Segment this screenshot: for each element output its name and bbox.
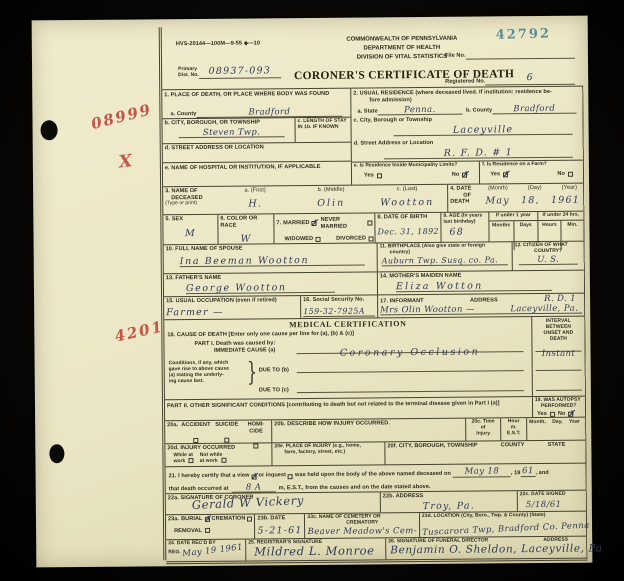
never-married-label: NEVER MARRIED <box>321 217 366 231</box>
interval-blank-b <box>536 362 582 371</box>
mdy-block: Month, Day, Year <box>526 418 585 441</box>
field-place-of-death: 1. PLACE OF DEATH, OR PLACE WHERE BODY W… <box>162 89 352 187</box>
primary-label-2: Dist. No. <box>178 73 199 79</box>
injury-county-label: COUNTY <box>501 442 525 462</box>
field-age-under24: If under 24 hrs. Hours Min. <box>538 212 583 241</box>
field-spouse: 10. FULL NAME OF SPOUSE Ina Beeman Woott… <box>164 243 378 273</box>
autopsy-no-label: No <box>558 411 566 418</box>
funeral-director-value: Benjamin O. Sheldon, Laceyville, Pa <box>390 543 602 555</box>
field-accident-suicide-homicide: 20a. ACCIDENT SUICIDE HOMI- CIDE <box>165 420 272 443</box>
registrar-value: Mildred L. Monroe <box>254 545 374 558</box>
date-received-label2: REG. <box>168 550 180 556</box>
burial-date-value: 5-21-61 <box>257 526 302 536</box>
ssn-value: 159-32-7925A <box>303 307 375 317</box>
form-code-suffix: —10 <box>248 40 260 46</box>
field-age: 9. AGE (In years last birthday) 68 <box>441 212 489 241</box>
under1-label: If under 1 year <box>489 212 537 221</box>
spouse-value: Ina Beeman Wootton <box>180 255 365 267</box>
last-name-label: c. (Last) <box>369 186 445 193</box>
row-spouse-birthplace: 10. FULL NAME OF SPOUSE Ina Beeman Woott… <box>164 242 584 275</box>
interval-value: Instant <box>542 349 575 359</box>
married-label: MARRIED <box>283 220 310 227</box>
field-name-of-deceased: 3. NAME OF DECEASED (Type or print) a. (… <box>163 185 448 214</box>
field-coroner-signature: 22a. SIGNATURE OF CORONER Gerald W Vicke… <box>166 492 381 514</box>
municipality-label: e. Is Residence Inside Municipality Limi… <box>354 163 477 170</box>
field-autopsy: 19. WAS AUTOPSY PERFORMED? Yes No✗ <box>533 397 585 417</box>
sex-label: 5. SEX <box>165 216 215 223</box>
state-label: a. State <box>357 109 377 116</box>
farm-no-label: No <box>557 171 565 178</box>
due-to-c-label: DUE TO (c) <box>259 387 289 394</box>
primary-dist-label: Primary Dist. No. <box>178 67 199 79</box>
file-no-blank <box>466 51 575 60</box>
dod-label-block: 4. DATE OF DEATH <box>450 185 484 210</box>
accident-label: ACCIDENT <box>181 422 210 429</box>
field-date-of-birth: 8. DATE OF BIRTH Dec. 31, 1892 <box>375 213 441 243</box>
municipality-yes-label: Yes <box>364 172 374 179</box>
certify-text5: , and <box>535 470 548 477</box>
check-mark: ✗ <box>312 218 318 227</box>
certify-text4: , 19 <box>511 470 521 477</box>
father-value: George Wootton <box>186 282 335 294</box>
field-injury-city: 20f. CITY, BOROUGH, TOWNSHIP COUNTY STAT… <box>385 441 585 465</box>
time-injury-label3: Injury <box>466 431 500 437</box>
not-while-label2: at work <box>200 458 218 464</box>
primary-dist-value: 08937-093 <box>199 67 281 79</box>
res-city-value: Laceyville <box>394 124 573 136</box>
first-name-label: a. (First) <box>217 187 293 194</box>
coroner-signature-value: Gerald W Vickery <box>192 495 305 511</box>
field-time-of-injury: 20c. Time of Injury Hour m. E.S.T. Month… <box>466 418 585 441</box>
informant-label: 17. INFORMANT <box>380 298 424 305</box>
month-day-year-label: Month, Day, Year <box>529 420 583 426</box>
res-street-value: R. F. D. # 1 <box>384 147 573 159</box>
widowed-label: WIDOWED <box>285 236 314 243</box>
dob-label: 8. DATE OF BIRTH <box>377 214 438 221</box>
conditions-line4: ing cause last. <box>169 378 245 385</box>
field-funeral-director: 26. SIGNATURE OF FUNERAL DIRECTOR ADDRES… <box>386 537 586 560</box>
municipality-limits: e. Is Residence Inside Municipality Limi… <box>352 162 480 186</box>
married-checkbox: ✗ <box>312 221 317 226</box>
medical-certification-heading: MEDICAL CERTIFICATION <box>164 318 531 330</box>
due-to-c-line <box>297 381 524 393</box>
field-burial-date: 23b. DATE 5-21-61 <box>255 514 305 538</box>
registered-no-line: Registered No. 6 <box>445 73 575 86</box>
cremation-checkbox <box>247 516 252 521</box>
name-label3: (Type or print) <box>165 201 217 207</box>
form-grid: 1. PLACE OF DEATH, OR PLACE WHERE BODY W… <box>162 86 587 565</box>
row-burial: 23a. BURIAL ✗ CREMATION REMOVAL 23b. DAT… <box>166 512 586 541</box>
field-place-of-injury: 20e. PLACE OF INJURY (e.g., home, farm, … <box>272 442 385 465</box>
check-mark: ✗ <box>462 169 468 178</box>
homicide-label2: CIDE <box>243 428 269 435</box>
row-place-residence: 1. PLACE OF DEATH, OR PLACE WHERE BODY W… <box>162 87 583 188</box>
immediate-cause-value: Coronary Occlusion <box>340 347 480 359</box>
last-name-value: Wootton <box>369 197 445 207</box>
check-mark: ✗ <box>204 514 210 523</box>
time-of-injury-label-block: 20c. Time of Injury <box>466 418 500 440</box>
check-mark: ✗ <box>251 471 257 480</box>
dod-value: May 18, 1961 <box>484 195 581 205</box>
homicide-option: HOMI- CIDE <box>243 421 269 441</box>
while-label2: work <box>173 459 185 465</box>
city-township-value: Steven Twp. <box>179 128 285 138</box>
removal-checkbox <box>205 528 210 533</box>
row-name-date: 3. NAME OF DECEASED (Type or print) a. (… <box>163 184 583 216</box>
not-while-at-work: Not while at work <box>200 452 226 465</box>
street-address-label: d. STREET ADDRESS OR LOCATION <box>165 144 349 152</box>
certificate-card: 08999 X 4201 HVS-20144—100M—9-55 ◈—10 CO… <box>32 16 593 568</box>
farm-no-checkbox <box>568 171 573 176</box>
autopsy-yes-checkbox <box>550 411 555 416</box>
widowed-checkbox <box>315 237 320 242</box>
dod-value-block: (Month) (Day) (Year) May 18, 1961 <box>484 185 581 211</box>
file-no-label: File No. <box>445 53 466 60</box>
primary-district: Primary Dist. No. 08937-093 <box>178 66 281 79</box>
punch-hole-bottom <box>49 444 64 463</box>
certify-text2: or inquest <box>258 472 286 479</box>
view-date-value: May 18 <box>453 467 511 477</box>
certify-text7: m, E.S.T., from the causes and on the da… <box>279 484 431 492</box>
autopsy-yes-label: Yes <box>537 411 547 418</box>
cremation-label: CREMATION <box>211 516 245 523</box>
divorced-checkbox <box>368 236 373 241</box>
field-sex: 5. SEX M <box>163 215 218 244</box>
county-label: a. County <box>170 111 196 118</box>
burial-label: BURIAL <box>181 516 202 523</box>
divorced-label: DIVORCED <box>336 236 366 243</box>
age-value: 68 <box>449 227 486 237</box>
middle-name-value: Olin <box>293 198 369 208</box>
removal-label: REMOVAL <box>174 528 202 535</box>
county-value: Bradford <box>196 107 342 118</box>
father-label: 13. FATHER'S NAME <box>166 273 375 281</box>
dod-month-label: (Month) <box>488 185 508 192</box>
field-date-signed: 22c. DATE SIGNED 5/18/61 <box>518 491 586 512</box>
field-cause-of-death: MEDICAL CERTIFICATION 18. CAUSE OF DEATH… <box>164 317 533 399</box>
coroner-address-label: 22b. ADDRESS <box>383 492 515 500</box>
accident-checkbox <box>194 438 199 443</box>
name-middle: b. (Middle) Olin <box>293 186 369 212</box>
certify-text3: was held upon the body of the above name… <box>295 471 451 479</box>
date-signed-label: 22c. DATE SIGNED <box>520 492 584 498</box>
form-code: HVS-20144—100M—9-55 ◈—10 <box>176 40 260 47</box>
burial-checkbox: ✗ <box>204 517 209 522</box>
cause-of-death-label: 18. CAUSE OF DEATH [Enter only one cause… <box>167 331 354 339</box>
registered-label: Registered No. <box>445 78 485 85</box>
field-age-under1: If under 1 year Months Days <box>489 212 538 241</box>
place-injury-label2: farm, factory, street, etc.) <box>284 449 382 456</box>
date-signed-value: 5/18/61 <box>526 501 584 510</box>
informant-address-value2: Laceyville, Pa. <box>510 304 578 313</box>
field-informant: 17. INFORMANT ADDRESS R. D. 1 Mrs Olin W… <box>378 294 584 318</box>
informant-address-label: ADDRESS <box>470 297 498 304</box>
death-time-value: 8 A <box>232 483 276 493</box>
while-at-work-checkbox <box>189 459 194 464</box>
row-registrar: 24. DATE REC'D BY REG. May 19 1961 25. R… <box>166 537 586 562</box>
farm-yes-checkbox: ✗ <box>503 172 508 177</box>
certificate-form: HVS-20144—100M—9-55 ◈—10 COMMONWEALTH OF… <box>159 24 588 561</box>
municipality-no-label: No <box>452 172 460 179</box>
burial-date-label: 23b. DATE <box>257 515 302 522</box>
field-ssn: 16. Social Security No. 159-32-7925A <box>301 295 378 318</box>
row-certify-statement: 21. I hereby certify that a view ✗ or in… <box>166 464 586 495</box>
hospital-name: e. NAME OF HOSPITAL OR INSTITUTION, IF A… <box>163 161 351 174</box>
marital-num: 7. <box>276 221 281 228</box>
check-mark: ✗ <box>568 408 574 417</box>
hospital-label: e. NAME OF HOSPITAL OR INSTITUTION, IF A… <box>165 164 349 172</box>
coroner-address-value: Troy, Pa. <box>383 501 515 512</box>
field-usual-residence: 2. USUAL RESIDENCE (where deceased lived… <box>351 87 583 185</box>
first-name-value: H. <box>217 199 293 209</box>
race-value: W <box>221 235 272 245</box>
injury-city-label: 20f. CITY, BOROUGH, TOWNSHIP <box>387 443 477 464</box>
form-header: HVS-20144—100M—9-55 ◈—10 COMMONWEALTH OF… <box>162 24 584 90</box>
hour-block: Hour m. E.S.T. <box>500 418 526 440</box>
view-year-value: 61 <box>520 467 535 477</box>
view-checkbox: ✗ <box>251 474 256 479</box>
field-date-of-death: 4. DATE OF DEATH (Month) (Day) (Year) Ma… <box>448 184 583 212</box>
field-certify-statement: 21. I hereby certify that a view ✗ or in… <box>166 464 586 494</box>
informant-address-value: R. D. 1 <box>544 295 576 304</box>
how-injury-label: 20b. DESCRIBE HOW INJURY OCCURRED. <box>274 420 463 428</box>
name-last: c. (Last) Wootton <box>369 186 445 212</box>
field-mother: 14. MOTHER'S MAIDEN NAME Eliza Wotton <box>378 271 584 295</box>
autopsy-label2: PERFORMED? <box>541 404 583 410</box>
injury-state-label: STATE <box>548 442 566 462</box>
punch-hole-top <box>40 120 57 140</box>
field-burial-location: 23d. LOCATION (City, Boro., Twp. & Count… <box>420 512 592 537</box>
dod-day-label: (Day) <box>528 185 542 192</box>
check-mark: ✗ <box>503 169 509 178</box>
due-to-b-label: DUE TO (b) <box>259 367 289 374</box>
farm-yes-label: Yes <box>490 171 500 178</box>
informant-value: Mrs Olin Wootton — <box>380 305 475 314</box>
occupation-value: Farmer — <box>166 307 298 318</box>
length-of-stay-label2: IN 1b. IF KNOWN <box>298 125 349 131</box>
interval-label2: ONSET AND DEATH <box>534 330 582 342</box>
res-county-value: Bradford <box>492 104 576 114</box>
not-while-at-work-checkbox <box>221 458 226 463</box>
res-city-label: c. City, Borough or Township <box>353 116 580 125</box>
file-number-stamp: 42792 <box>495 26 551 42</box>
occupation-label: 15. USUAL OCCUPATION (even if retired) <box>166 297 298 305</box>
inquest-checkbox <box>288 474 293 479</box>
age-label2: last birthday) <box>443 219 486 225</box>
field-date-received: 24. DATE REC'D BY REG. May 19 1961 <box>166 540 246 562</box>
res-street-label: d. Street Address or Location <box>354 139 581 148</box>
immediate-cause-line: Coronary Occlusion <box>296 341 523 354</box>
dod-year-label: (Year) <box>562 185 577 192</box>
burial-num: 23a. <box>168 516 179 523</box>
part1-block: PART I. Death was caused by: IMMEDIATE C… <box>194 340 275 354</box>
due-to-b-line <box>297 361 524 373</box>
field-interval: INTERVAL BETWEEN ONSET AND DEATH Instant <box>532 317 585 396</box>
municipality-no-checkbox: ✗ <box>462 172 467 177</box>
scan-background: 08999 X 4201 HVS-20144—100M—9-55 ◈—10 CO… <box>0 0 624 581</box>
residence-farm: f. Is Residence on a Farm? Yes✗ No <box>479 161 583 185</box>
mother-value: Eliza Wotton <box>396 280 552 292</box>
name-first: a. (First) H. <box>217 187 293 213</box>
field-cemetery: 23c. NAME OF CEMETERY OR CREMATORY Beave… <box>305 513 420 538</box>
cemetery-value: Beaver Meadow's Cem- <box>308 527 418 536</box>
row-medical-certification: MEDICAL CERTIFICATION 18. CAUSE OF DEATH… <box>164 317 585 401</box>
suicide-checkbox <box>224 437 229 442</box>
municipality-yes-checkbox <box>377 173 382 178</box>
registered-value: 6 <box>485 73 575 85</box>
field-how-injury-occurred: 20b. DESCRIBE HOW INJURY OCCURRED. <box>272 419 466 443</box>
field-father: 13. FATHER'S NAME George Wootton <box>164 272 378 296</box>
state-value: Penna. <box>378 105 462 115</box>
dob-value: Dec. 31, 1892 <box>377 227 438 236</box>
injury-type-num: 20a. <box>167 422 178 442</box>
certify-text6: that death occurred at <box>169 486 229 493</box>
interval-value-line: Instant <box>535 343 581 352</box>
field-burial-type: 23a. BURIAL ✗ CREMATION REMOVAL <box>166 515 256 540</box>
burial-location-label: 23d. LOCATION (City, Boro., Twp. & Count… <box>422 513 590 520</box>
res-county-label: b. County <box>466 108 492 115</box>
hour-label3: E.S.T. <box>501 431 526 437</box>
file-no-line: File No. <box>445 51 575 60</box>
mother-label: 14. MOTHER'S MAIDEN NAME <box>380 272 582 280</box>
field-birthplace: 11. BIRTHPLACE (Also give state or forei… <box>378 242 513 271</box>
field-other-conditions: PART II. OTHER SIGNIFICANT CONDITIONS [c… <box>165 397 533 420</box>
middle-name-label: b. (Middle) <box>293 186 369 193</box>
field-registrar-signature: 25. REGISTRAR'S SIGNATURE Mildred L. Mon… <box>246 538 386 560</box>
while-at-work: While at work <box>173 453 193 466</box>
certify-text1: 21. I hereby certify that a view <box>169 472 250 479</box>
under24-label: If under 24 hrs. <box>538 212 583 221</box>
accident-option: ACCIDENT <box>181 422 210 442</box>
race-label: 6. COLOR OR RACE <box>220 215 271 229</box>
field-marital-status: 7. MARRIED ✗ NEVER MARRIED WIDOWED DIVOR… <box>274 213 375 243</box>
form-code-text: HVS-20144—100M—9-55 <box>176 41 242 48</box>
farm-label: f. Is Residence on a Farm? <box>482 162 581 169</box>
street-address: d. STREET ADDRESS OR LOCATION <box>163 142 351 163</box>
length-of-stay: c. LENGTH OF STAY IN 1b. IF KNOWN <box>294 118 350 142</box>
field-citizen: 12. CITIZEN OF WHAT COUNTRY? U. S. <box>513 242 584 271</box>
dod-label3: DEATH <box>450 199 484 206</box>
conditions-note: Conditions, if any, which gave rise to a… <box>169 361 245 385</box>
burial-location-value: Tuscarora Twp, Bradford Co. Penna <box>422 522 590 538</box>
interval-blank-c <box>536 382 582 391</box>
sex-value: M <box>165 228 215 238</box>
never-married-checkbox <box>367 221 372 226</box>
brace-glyph: } <box>247 359 257 385</box>
ssn-label: 16. Social Security No. <box>303 296 375 303</box>
suicide-option: SUICIDE <box>214 422 240 442</box>
row-demographics: 5. SEX M 6. COLOR OR RACE W 7. MARRIED ✗… <box>163 212 583 246</box>
spouse-label: 10. FULL NAME OF SPOUSE <box>166 244 375 252</box>
immediate-cause-label: IMMEDIATE CAUSE (a) <box>194 347 275 354</box>
citizen-value: U. S. <box>519 255 578 265</box>
margin-annotation-x: X <box>118 151 135 173</box>
field-occupation: 15. USUAL OCCUPATION (even if retired) F… <box>164 296 301 319</box>
suicide-label: SUICIDE <box>214 422 240 429</box>
field-coroner-address: 22b. ADDRESS Troy, Pa. <box>381 491 518 512</box>
city-township-label: b. CITY, BOROUGH, OR TOWNSHIP <box>165 119 293 127</box>
autopsy-no-checkbox: ✗ <box>568 411 573 416</box>
margin-annotation-code2: 4201 <box>113 317 165 345</box>
name-label-block: 3. NAME OF DECEASED (Type or print) <box>165 188 217 213</box>
margin-annotation-code: 08999 <box>89 100 154 133</box>
homicide-checkbox <box>254 444 259 449</box>
part2-label: PART II. OTHER SIGNIFICANT CONDITIONS [c… <box>167 398 530 410</box>
field-race: 6. COLOR OR RACE W <box>218 214 274 243</box>
birthplace-value: Auburn Twp. Susq. co. Pa. <box>382 256 508 266</box>
